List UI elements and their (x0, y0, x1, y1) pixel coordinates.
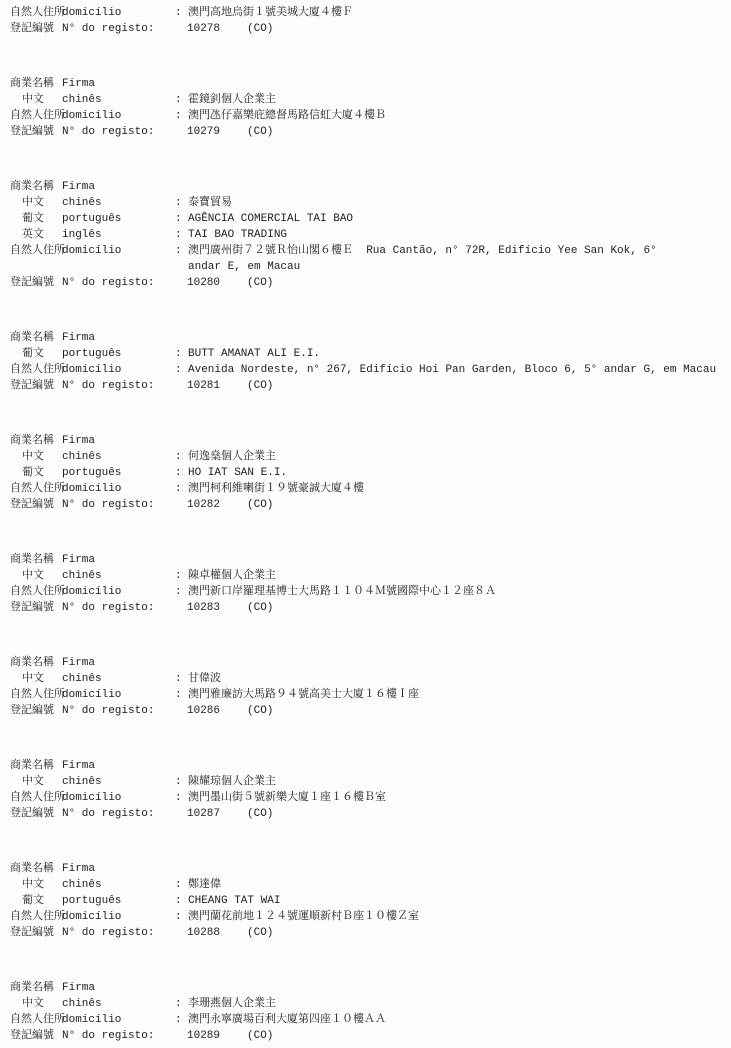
portuguese-name-value: HO IAT SAN E.I. (188, 465, 729, 481)
registry-entry: 商業名稱Firma中文chinês:霍鏡釗個人企業主自然人住所domicílio… (10, 76, 729, 140)
domicile-value: 澳門氹仔嘉樂庇總督馬路信虹大廈４樓Ｂ (188, 108, 729, 124)
firma-label-zh: 商業名稱 (10, 980, 62, 996)
business-name-row: 商業名稱Firma (10, 433, 729, 449)
colon: : (175, 790, 188, 806)
firma-label-zh: 商業名稱 (10, 552, 62, 568)
colon: : (175, 362, 188, 378)
registry-entry: 自然人住所domicílio:澳門高地烏街１號美城大廈４樓Ｆ登記編號N° do … (10, 5, 729, 37)
chinese-name-value: 霍鏡釗個人企業主 (188, 92, 729, 108)
domicile-label-pt: domicílio (62, 909, 175, 925)
registry-label-pt: N° do registo: (62, 21, 187, 37)
chinese-name-row: 中文chinês:陳耀琼個人企業主 (10, 774, 729, 790)
domicile-row: 自然人住所domicílio:澳門廣州街７２號Ｒ怡山閣６樓Ｅ Rua Cantã… (10, 243, 729, 259)
domicile-row: 自然人住所domicílio:澳門蘭花前地１２４號運順新村Ｂ座１０樓Ｚ室 (10, 909, 729, 925)
registry-label-zh: 登記編號 (10, 806, 62, 822)
registration-row: 登記編號N° do registo:10281(CO) (10, 378, 729, 394)
business-name-row: 商業名稱Firma (10, 861, 729, 877)
colon: : (175, 909, 188, 925)
chinese-label-zh: 中文 (10, 568, 62, 584)
domicile-row: 自然人住所domicílio:澳門墨山街５號新樂大廈１座１６樓Ｂ室 (10, 790, 729, 806)
domicile-row: 自然人住所domicílio:Avenida Nordeste, n° 267,… (10, 362, 729, 378)
colon: : (175, 227, 188, 243)
registration-type-code: (CO) (247, 1028, 729, 1044)
registry-label-zh: 登記編號 (10, 497, 62, 513)
chinese-name-value: 陳卓權個人企業主 (188, 568, 729, 584)
firma-label-pt: Firma (62, 330, 175, 346)
domicile-label-zh: 自然人住所 (10, 584, 62, 600)
registry-label-zh: 登記編號 (10, 600, 62, 616)
domicile-label-zh: 自然人住所 (10, 108, 62, 124)
portuguese-label-pt: português (62, 211, 175, 227)
firma-label-zh: 商業名稱 (10, 861, 62, 877)
chinese-name-value: 泰寶貿易 (188, 195, 729, 211)
registry-label-zh: 登記編號 (10, 124, 62, 140)
portuguese-name-value: CHEANG TAT WAI (188, 893, 729, 909)
colon: : (175, 243, 188, 259)
domicile-label-pt: domicílio (62, 243, 175, 259)
registration-number: 10287 (187, 806, 247, 822)
chinese-name-value: 李珊燕個人企業主 (188, 996, 729, 1012)
colon: : (175, 92, 188, 108)
chinese-label-zh: 中文 (10, 774, 62, 790)
chinese-label-zh: 中文 (10, 996, 62, 1012)
portuguese-label-zh: 葡文 (10, 465, 62, 481)
chinese-name-row: 中文chinês:霍鏡釗個人企業主 (10, 92, 729, 108)
firma-label-pt: Firma (62, 433, 175, 449)
chinese-name-row: 中文chinês:甘偉波 (10, 671, 729, 687)
chinese-name-row: 中文chinês:李珊燕個人企業主 (10, 996, 729, 1012)
registry-entry: 商業名稱Firma中文chinês:陳耀琼個人企業主自然人住所domicílio… (10, 758, 729, 822)
colon: : (175, 211, 188, 227)
firma-label-zh: 商業名稱 (10, 433, 62, 449)
registration-number: 10289 (187, 1028, 247, 1044)
domicile-value-continued: andar E, em Macau (188, 259, 729, 275)
firma-label-pt: Firma (62, 552, 175, 568)
registration-type-code: (CO) (247, 925, 729, 941)
registration-row: 登記編號N° do registo:10288(CO) (10, 925, 729, 941)
registration-number: 10281 (187, 378, 247, 394)
registration-number: 10279 (187, 124, 247, 140)
registry-entry: 商業名稱Firma中文chinês:甘偉波自然人住所domicílio:澳門雅廉… (10, 655, 729, 719)
portuguese-label-pt: português (62, 346, 175, 362)
portuguese-label-zh: 葡文 (10, 346, 62, 362)
chinese-name-row: 中文chinês:鄭達偉 (10, 877, 729, 893)
chinese-label-zh: 中文 (10, 877, 62, 893)
chinese-label-pt: chinês (62, 774, 175, 790)
chinese-label-pt: chinês (62, 449, 175, 465)
chinese-name-row: 中文chinês:陳卓權個人企業主 (10, 568, 729, 584)
registry-entry: 商業名稱Firma葡文português:BUTT AMANAT ALI E.I… (10, 330, 729, 394)
registration-row: 登記編號N° do registo:10289(CO) (10, 1028, 729, 1044)
colon: : (175, 5, 188, 21)
chinese-label-pt: chinês (62, 195, 175, 211)
domicile-row: 自然人住所domicílio:澳門柯利維喇街１９號豪誠大廈４樓 (10, 481, 729, 497)
portuguese-label-pt: português (62, 893, 175, 909)
domicile-value: 澳門高地烏街１號美城大廈４樓Ｆ (188, 5, 729, 21)
domicile-value: 澳門永寧廣場百利大廈第四座１０樓ＡＡ (188, 1012, 729, 1028)
domicile-label-pt: domicílio (62, 108, 175, 124)
colon: : (175, 465, 188, 481)
domicile-label-pt: domicílio (62, 790, 175, 806)
firma-label-pt: Firma (62, 980, 175, 996)
registration-type-code: (CO) (247, 124, 729, 140)
registry-label-pt: N° do registo: (62, 703, 187, 719)
domicile-value: 澳門柯利維喇街１９號豪誠大廈４樓 (188, 481, 729, 497)
registry-label-pt: N° do registo: (62, 1028, 187, 1044)
chinese-label-pt: chinês (62, 92, 175, 108)
registration-type-code: (CO) (247, 275, 729, 291)
firma-label-pt: Firma (62, 76, 175, 92)
registration-row: 登記編號N° do registo:10279(CO) (10, 124, 729, 140)
business-name-row: 商業名稱Firma (10, 655, 729, 671)
business-name-row: 商業名稱Firma (10, 179, 729, 195)
colon: : (175, 449, 188, 465)
firma-label-pt: Firma (62, 179, 175, 195)
domicile-row: 自然人住所domicílio:澳門新口岸羅理基博士大馬路１１０４Ｍ號國際中心１２… (10, 584, 729, 600)
chinese-label-pt: chinês (62, 996, 175, 1012)
registration-number: 10278 (187, 21, 247, 37)
colon: : (175, 996, 188, 1012)
registry-label-pt: N° do registo: (62, 497, 187, 513)
colon: : (175, 893, 188, 909)
registry-entry: 商業名稱Firma中文chinês:李珊燕個人企業主自然人住所domicílio… (10, 980, 729, 1044)
firma-label-zh: 商業名稱 (10, 758, 62, 774)
registration-number: 10282 (187, 497, 247, 513)
chinese-label-zh: 中文 (10, 92, 62, 108)
business-name-row: 商業名稱Firma (10, 552, 729, 568)
domicile-value: 澳門蘭花前地１２４號運順新村Ｂ座１０樓Ｚ室 (188, 909, 729, 925)
colon: : (175, 774, 188, 790)
registry-label-pt: N° do registo: (62, 600, 187, 616)
chinese-label-pt: chinês (62, 568, 175, 584)
domicile-value: 澳門雅廉訪大馬路９４號高美士大廈１６樓Ｉ座 (188, 687, 729, 703)
chinese-name-row: 中文chinês:何逸燊個人企業主 (10, 449, 729, 465)
portuguese-name-value: AGÊNCIA COMERCIAL TAI BAO (188, 211, 729, 227)
registry-label-zh: 登記編號 (10, 21, 62, 37)
domicile-row: 自然人住所domicílio:澳門高地烏街１號美城大廈４樓Ｆ (10, 5, 729, 21)
document-page: 自然人住所domicílio:澳門高地烏街１號美城大廈４樓Ｆ登記編號N° do … (0, 0, 731, 1048)
firma-label-zh: 商業名稱 (10, 655, 62, 671)
domicile-label-zh: 自然人住所 (10, 362, 62, 378)
registration-row: 登記編號N° do registo:10286(CO) (10, 703, 729, 719)
portuguese-name-row: 葡文português:AGÊNCIA COMERCIAL TAI BAO (10, 211, 729, 227)
registry-label-zh: 登記編號 (10, 1028, 62, 1044)
domicile-label-pt: domicílio (62, 481, 175, 497)
portuguese-name-row: 葡文português:CHEANG TAT WAI (10, 893, 729, 909)
registration-number: 10280 (187, 275, 247, 291)
registry-label-pt: N° do registo: (62, 275, 187, 291)
domicile-value: 澳門新口岸羅理基博士大馬路１１０４Ｍ號國際中心１２座８Ａ (188, 584, 729, 600)
domicile-label-zh: 自然人住所 (10, 687, 62, 703)
registration-row: 登記編號N° do registo:10282(CO) (10, 497, 729, 513)
chinese-label-pt: chinês (62, 877, 175, 893)
portuguese-name-value: BUTT AMANAT ALI E.I. (188, 346, 729, 362)
english-name-value: TAI BAO TRADING (188, 227, 729, 243)
domicile-label-zh: 自然人住所 (10, 1012, 62, 1028)
business-name-row: 商業名稱Firma (10, 980, 729, 996)
registry-entry: 商業名稱Firma中文chinês:何逸燊個人企業主葡文português:HO… (10, 433, 729, 513)
portuguese-name-row: 葡文português:BUTT AMANAT ALI E.I. (10, 346, 729, 362)
firma-label-zh: 商業名稱 (10, 330, 62, 346)
portuguese-label-pt: português (62, 465, 175, 481)
firma-label-zh: 商業名稱 (10, 179, 62, 195)
colon: : (175, 671, 188, 687)
firma-label-zh: 商業名稱 (10, 76, 62, 92)
registry-label-pt: N° do registo: (62, 925, 187, 941)
colon: : (175, 481, 188, 497)
registration-row: 登記編號N° do registo:10287(CO) (10, 806, 729, 822)
chinese-name-value: 甘偉波 (188, 671, 729, 687)
registry-label-pt: N° do registo: (62, 378, 187, 394)
domicile-row: 自然人住所domicílio:澳門氹仔嘉樂庇總督馬路信虹大廈４樓Ｂ (10, 108, 729, 124)
colon: : (175, 568, 188, 584)
registration-type-code: (CO) (247, 497, 729, 513)
domicile-label-zh: 自然人住所 (10, 909, 62, 925)
domicile-row: 自然人住所domicílio:澳門雅廉訪大馬路９４號高美士大廈１６樓Ｉ座 (10, 687, 729, 703)
business-name-row: 商業名稱Firma (10, 330, 729, 346)
domicile-value: Avenida Nordeste, n° 267, Edifício Hoi P… (188, 362, 729, 378)
chinese-label-zh: 中文 (10, 195, 62, 211)
domicile-label-zh: 自然人住所 (10, 5, 62, 21)
registration-type-code: (CO) (247, 21, 729, 37)
registration-type-code: (CO) (247, 703, 729, 719)
business-name-row: 商業名稱Firma (10, 758, 729, 774)
english-label-zh: 英文 (10, 227, 62, 243)
english-name-row: 英文inglês:TAI BAO TRADING (10, 227, 729, 243)
registration-number: 10286 (187, 703, 247, 719)
domicile-value: 澳門廣州街７２號Ｒ怡山閣６樓Ｅ Rua Cantão, n° 72R, Edif… (188, 243, 729, 259)
registry-label-zh: 登記編號 (10, 378, 62, 394)
domicile-label-zh: 自然人住所 (10, 481, 62, 497)
portuguese-label-zh: 葡文 (10, 893, 62, 909)
portuguese-name-row: 葡文português:HO IAT SAN E.I. (10, 465, 729, 481)
registration-row: 登記編號N° do registo:10283(CO) (10, 600, 729, 616)
domicile-label-zh: 自然人住所 (10, 243, 62, 259)
registry-label-pt: N° do registo: (62, 124, 187, 140)
registration-number: 10288 (187, 925, 247, 941)
registry-label-zh: 登記編號 (10, 925, 62, 941)
colon: : (175, 195, 188, 211)
registry-label-zh: 登記編號 (10, 275, 62, 291)
chinese-label-pt: chinês (62, 671, 175, 687)
registration-type-code: (CO) (247, 378, 729, 394)
chinese-label-zh: 中文 (10, 671, 62, 687)
firma-label-pt: Firma (62, 758, 175, 774)
registration-row: 登記編號N° do registo:10278(CO) (10, 21, 729, 37)
domicile-label-zh: 自然人住所 (10, 790, 62, 806)
colon: : (175, 877, 188, 893)
domicile-label-pt: domicílio (62, 584, 175, 600)
colon: : (175, 584, 188, 600)
chinese-label-zh: 中文 (10, 449, 62, 465)
colon: : (175, 346, 188, 362)
colon: : (175, 108, 188, 124)
firma-label-pt: Firma (62, 655, 175, 671)
registry-entry: 商業名稱Firma中文chinês:陳卓權個人企業主自然人住所domicílio… (10, 552, 729, 616)
domicile-label-pt: domicílio (62, 1012, 175, 1028)
chinese-name-value: 陳耀琼個人企業主 (188, 774, 729, 790)
firma-label-pt: Firma (62, 861, 175, 877)
domicile-label-pt: domicílio (62, 362, 175, 378)
portuguese-label-zh: 葡文 (10, 211, 62, 227)
registry-label-pt: N° do registo: (62, 806, 187, 822)
domicile-label-pt: domicílio (62, 5, 175, 21)
registration-type-code: (CO) (247, 806, 729, 822)
domicile-value: 澳門墨山街５號新樂大廈１座１６樓Ｂ室 (188, 790, 729, 806)
registry-label-zh: 登記編號 (10, 703, 62, 719)
english-label-pt: inglês (62, 227, 175, 243)
registration-row: 登記編號N° do registo:10280(CO) (10, 275, 729, 291)
registration-number: 10283 (187, 600, 247, 616)
chinese-name-value: 何逸燊個人企業主 (188, 449, 729, 465)
domicile-label-pt: domicílio (62, 687, 175, 703)
registry-entry: 商業名稱Firma中文chinês:泰寶貿易葡文português:AGÊNCI… (10, 179, 729, 291)
domicile-row: 自然人住所domicílio:澳門永寧廣場百利大廈第四座１０樓ＡＡ (10, 1012, 729, 1028)
registry-entry: 商業名稱Firma中文chinês:鄭達偉葡文português:CHEANG … (10, 861, 729, 941)
domicile-continuation-row: andar E, em Macau (10, 259, 729, 275)
chinese-name-row: 中文chinês:泰寶貿易 (10, 195, 729, 211)
colon: : (175, 1012, 188, 1028)
registration-type-code: (CO) (247, 600, 729, 616)
chinese-name-value: 鄭達偉 (188, 877, 729, 893)
business-name-row: 商業名稱Firma (10, 76, 729, 92)
colon: : (175, 687, 188, 703)
